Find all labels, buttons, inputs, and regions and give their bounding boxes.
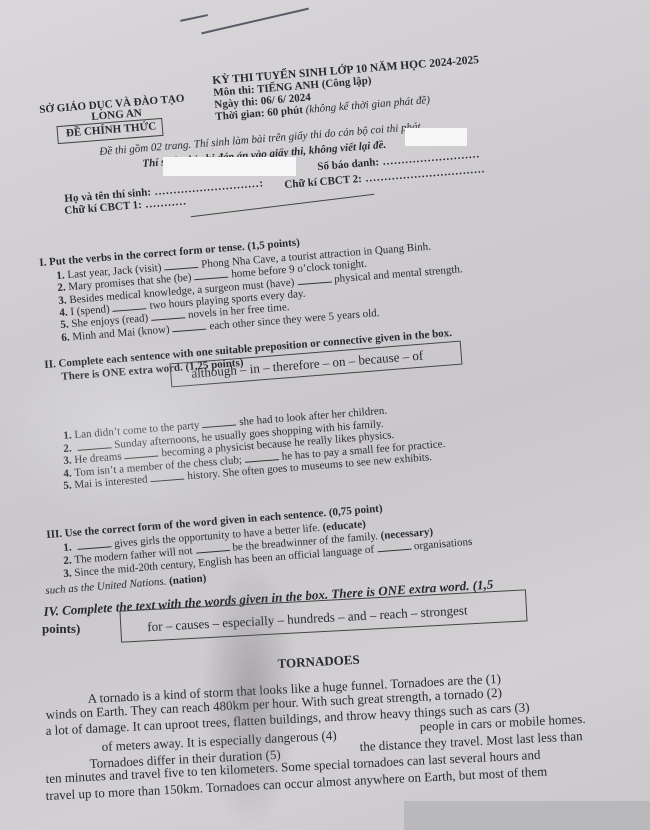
- answer-blank: [376, 539, 411, 553]
- duration-note: (không kể thời gian phát đề): [305, 94, 430, 116]
- proctor1-field: ...........: [141, 195, 187, 210]
- answer-blank: [151, 307, 186, 321]
- pen-mark: [201, 8, 309, 34]
- official-stamp: ĐỀ CHÍNH THỨC: [66, 120, 157, 139]
- answer-blank: [77, 536, 112, 550]
- redacted-box: [405, 128, 467, 146]
- item-number: 5.: [63, 479, 75, 492]
- redacted-box: [163, 157, 296, 176]
- passage-title: TORNADOES: [277, 653, 360, 671]
- item-text: Mai is interested: [74, 473, 148, 491]
- answer-blank: [297, 271, 332, 285]
- pen-mark: [180, 14, 208, 21]
- answer-blank: [195, 540, 230, 554]
- item-number: 3.: [63, 567, 75, 580]
- answer-blank: [124, 446, 159, 460]
- exam-paper: SỞ GIÁO DỤC VÀ ĐÀO TẠO LONG AN ĐỀ CHÍNH …: [0, 0, 650, 830]
- answer-blank: [194, 267, 229, 281]
- section4-words: for – causes – especially – hundreds – a…: [147, 602, 468, 635]
- answer-blank: [244, 449, 279, 463]
- redacted-box: [404, 801, 650, 830]
- signature-line: [191, 194, 375, 218]
- answer-blank: [150, 469, 185, 483]
- item-text: organisations: [413, 536, 472, 553]
- section3-item3-hint: (nation): [169, 572, 207, 587]
- section4-heading-cont: points): [42, 622, 80, 636]
- answer-blank: [172, 318, 207, 332]
- answer-blank: [202, 414, 237, 428]
- answer-blank: [77, 437, 112, 451]
